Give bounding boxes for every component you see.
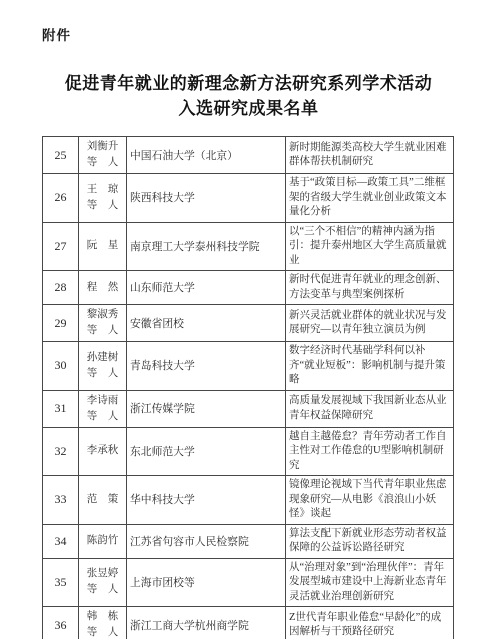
row-number: 35 (43, 558, 79, 607)
table-row: 36 韩 栋 等 人 浙江工商大学杭州商学院 Z世代青年职业倦怠“早龄化”的成因… (43, 607, 454, 639)
row-number: 33 (43, 476, 79, 525)
row-number: 30 (43, 342, 79, 391)
row-number: 36 (43, 607, 79, 639)
row-number: 26 (43, 174, 79, 223)
row-number: 25 (43, 137, 79, 174)
author-name: 李诗雨 等 人 (79, 390, 127, 427)
author-name: 孙建树 等 人 (79, 342, 127, 391)
research-title: 算法支配下新就业形态劳动者权益保障的公益诉讼路径研究 (286, 524, 454, 558)
document-title: 促进青年就业的新理念新方法研究系列学术活动 入选研究成果名单 (0, 71, 497, 121)
attachment-label: 附件 (0, 0, 497, 44)
row-number: 28 (43, 271, 79, 305)
author-name: 李承秋 (79, 427, 127, 476)
table-row: 29 黎淑秀 等 人 安徽省团校 新兴灵活就业群体的就业状况与发展研究—以青年独… (43, 305, 454, 342)
row-number: 31 (43, 390, 79, 427)
row-number: 32 (43, 427, 79, 476)
document-title-line2: 入选研究成果名单 (0, 96, 497, 121)
row-number: 34 (43, 524, 79, 558)
research-title: 新兴灵活就业群体的就业状况与发展研究—以青年独立演员为例 (286, 305, 454, 342)
table-row: 30 孙建树 等 人 青岛科技大学 数字经济时代基础学科何以补齐“就业短板”：影… (43, 342, 454, 391)
research-title: 从“治理对象”到“治理伙伴”：青年发展型城市建设中上海新业态青年灵活就业治理创新… (286, 558, 454, 607)
table-row: 25 刘衡升 等 人 中国石油大学（北京） 新时期能源类高校大学生就业困难群体帮… (43, 137, 454, 174)
author-name: 范 策 (79, 476, 127, 525)
research-title: 数字经济时代基础学科何以补齐“就业短板”：影响机制与提升策略 (286, 342, 454, 391)
institution: 江苏省句容市人民检察院 (127, 524, 286, 558)
institution: 南京理工大学泰州科技学院 (127, 222, 286, 271)
institution: 华中科技大学 (127, 476, 286, 525)
institution: 青岛科技大学 (127, 342, 286, 391)
author-name: 韩 栋 等 人 (79, 607, 127, 639)
author-name: 阮 星 (79, 222, 127, 271)
research-title: 基于“政策目标—政策工具”二维框架的省级大学生就业创业政策文本量化分析 (286, 174, 454, 223)
research-title: 越自主越倦怠？青年劳动者工作自主性对工作倦怠的U型影响机制研究 (286, 427, 454, 476)
research-title: Z世代青年职业倦怠“早龄化”的成因解析与干预路径研究 (286, 607, 454, 639)
table-row: 34 陈韵竹 江苏省句容市人民检察院 算法支配下新就业形态劳动者权益保障的公益诉… (43, 524, 454, 558)
document-title-line1: 促进青年就业的新理念新方法研究系列学术活动 (0, 71, 497, 96)
author-name: 黎淑秀 等 人 (79, 305, 127, 342)
table-row: 28 程 然 山东师范大学 新时代促进青年就业的理念创新、方法变革与典型案例探析 (43, 271, 454, 305)
institution: 上海市团校等 (127, 558, 286, 607)
research-title: 新时期能源类高校大学生就业困难群体帮扶机制研究 (286, 137, 454, 174)
research-title: 以“三个不相信”的精神内涵为指引：提升泰州地区大学生高质量就业 (286, 222, 454, 271)
author-name: 王 琼 等 人 (79, 174, 127, 223)
institution: 浙江工商大学杭州商学院 (127, 607, 286, 639)
table-row: 27 阮 星 南京理工大学泰州科技学院 以“三个不相信”的精神内涵为指引：提升泰… (43, 222, 454, 271)
institution: 东北师范大学 (127, 427, 286, 476)
table-row: 31 李诗雨 等 人 浙江传媒学院 高质量发展视域下我国新业态从业青年权益保障研… (43, 390, 454, 427)
table-row: 26 王 琼 等 人 陕西科技大学 基于“政策目标—政策工具”二维框架的省级大学… (43, 174, 454, 223)
table-row: 35 张昱婷 等 人 上海市团校等 从“治理对象”到“治理伙伴”：青年发展型城市… (43, 558, 454, 607)
author-name: 刘衡升 等 人 (79, 137, 127, 174)
research-title: 新时代促进青年就业的理念创新、方法变革与典型案例探析 (286, 271, 454, 305)
institution: 中国石油大学（北京） (127, 137, 286, 174)
institution: 陕西科技大学 (127, 174, 286, 223)
author-name: 陈韵竹 (79, 524, 127, 558)
research-title: 镜像理论视域下当代青年职业焦虑现象研究—从电影《浪浪山小妖怪》谈起 (286, 476, 454, 525)
row-number: 27 (43, 222, 79, 271)
author-name: 程 然 (79, 271, 127, 305)
institution: 山东师范大学 (127, 271, 286, 305)
author-name: 张昱婷 等 人 (79, 558, 127, 607)
research-title: 高质量发展视域下我国新业态从业青年权益保障研究 (286, 390, 454, 427)
document-page: 附件 促进青年就业的新理念新方法研究系列学术活动 入选研究成果名单 25 刘衡升… (0, 0, 497, 639)
results-table: 25 刘衡升 等 人 中国石油大学（北京） 新时期能源类高校大学生就业困难群体帮… (42, 136, 454, 639)
institution: 浙江传媒学院 (127, 390, 286, 427)
institution: 安徽省团校 (127, 305, 286, 342)
table-row: 32 李承秋 东北师范大学 越自主越倦怠？青年劳动者工作自主性对工作倦怠的U型影… (43, 427, 454, 476)
row-number: 29 (43, 305, 79, 342)
table-row: 33 范 策 华中科技大学 镜像理论视域下当代青年职业焦虑现象研究—从电影《浪浪… (43, 476, 454, 525)
